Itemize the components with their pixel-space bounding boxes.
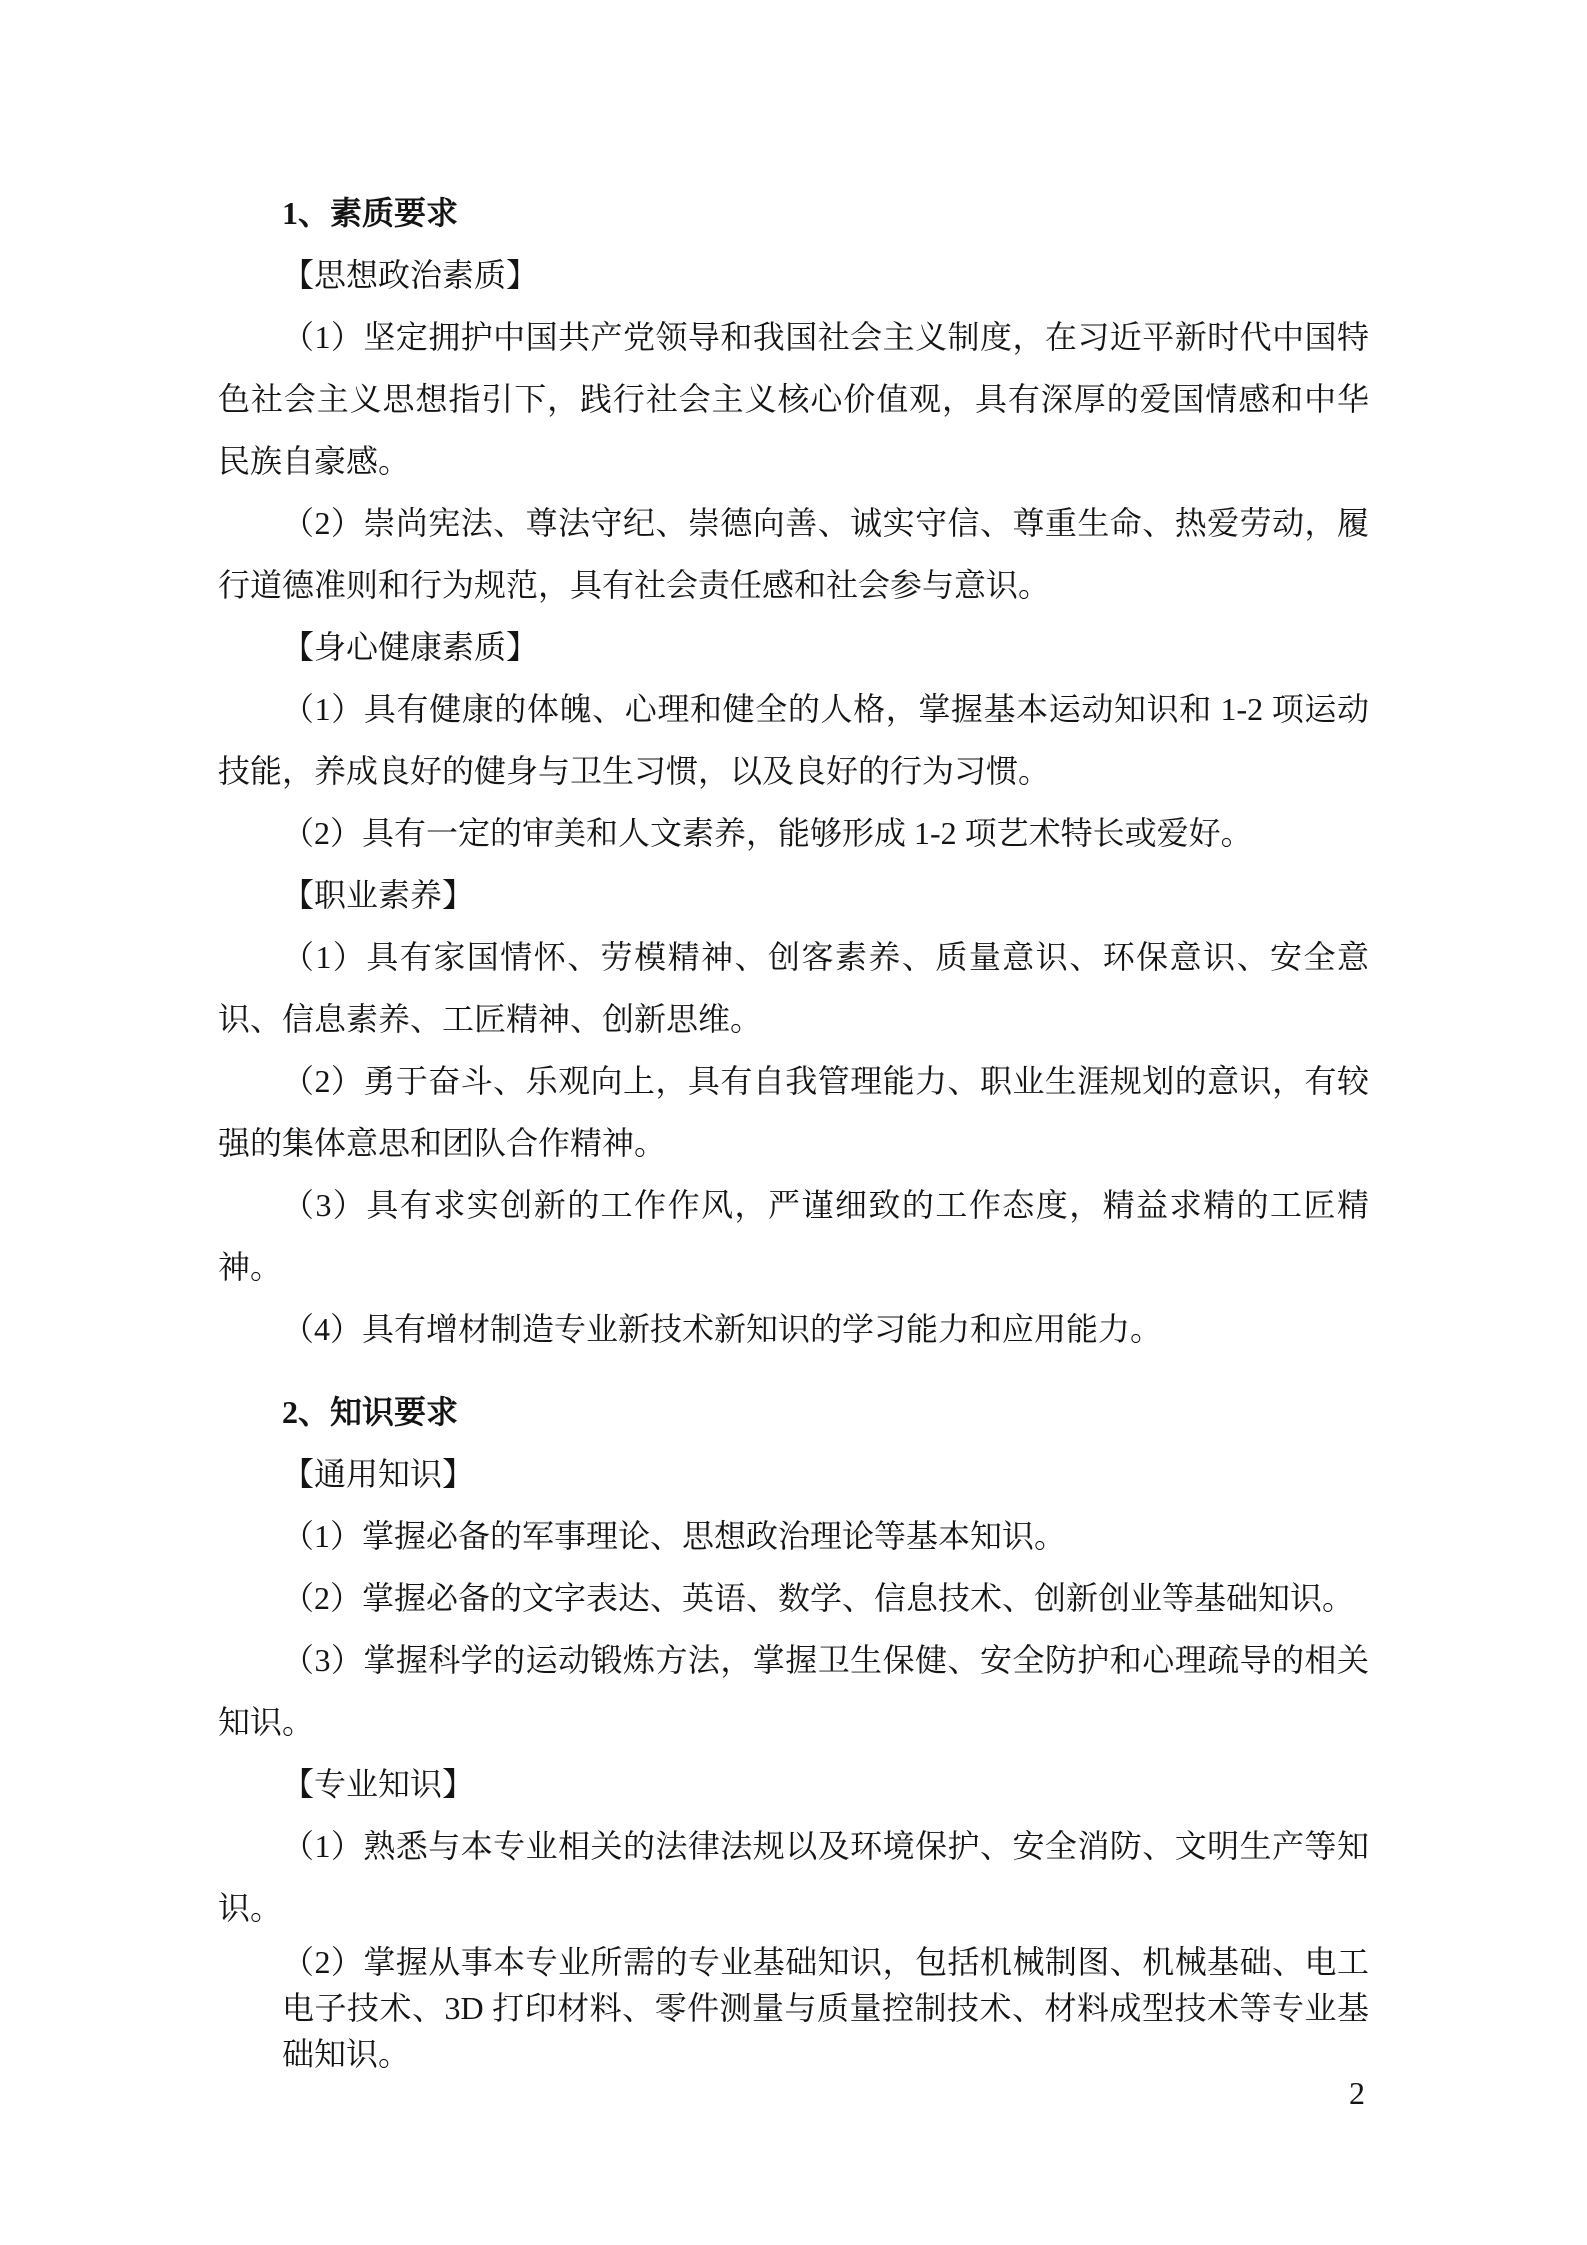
page-number: 2: [1349, 2076, 1365, 2110]
document-body: 1、素质要求【思想政治素质】（1）坚定拥护中国共产党领导和我国社会主义制度，在习…: [218, 182, 1369, 2077]
body-paragraph: （2）崇尚宪法、尊法守纪、崇德向善、诚实守信、尊重生命、热爱劳动，履行道德准则和…: [218, 492, 1369, 616]
bracket-subheading: 【身心健康素质】: [218, 616, 1369, 678]
section-heading: 2、知识要求: [218, 1381, 1369, 1443]
bracket-subheading: 【职业素养】: [218, 864, 1369, 926]
body-paragraph: （2）勇于奋斗、乐观向上，具有自我管理能力、职业生涯规划的意识，有较强的集体意思…: [218, 1050, 1369, 1174]
body-paragraph: （4）具有增材制造专业新技术新知识的学习能力和应用能力。: [218, 1298, 1369, 1360]
body-paragraph: （2）具有一定的审美和人文素养，能够形成 1-2 项艺术特长或爱好。: [218, 802, 1369, 864]
section-heading: 1、素质要求: [218, 182, 1369, 244]
body-paragraph: （1）具有家国情怀、劳模精神、创客素养、质量意识、环保意识、安全意识、信息素养、…: [218, 926, 1369, 1050]
bracket-subheading: 【通用知识】: [218, 1443, 1369, 1505]
body-paragraph: （1）坚定拥护中国共产党领导和我国社会主义制度，在习近平新时代中国特色社会主义思…: [218, 306, 1369, 492]
bracket-subheading: 【专业知识】: [218, 1753, 1369, 1815]
body-paragraph: （1）熟悉与本专业相关的法律法规以及环境保护、安全消防、文明生产等知识。: [218, 1815, 1369, 1939]
body-paragraph: （2）掌握必备的文字表达、英语、数学、信息技术、创新创业等基础知识。: [218, 1567, 1369, 1629]
body-paragraph: （1）掌握必备的军事理论、思想政治理论等基本知识。: [218, 1505, 1369, 1567]
body-paragraph: （3）具有求实创新的工作作风，严谨细致的工作态度，精益求精的工匠精神。: [218, 1174, 1369, 1298]
body-paragraph: （3）掌握科学的运动锻炼方法，掌握卫生保健、安全防护和心理疏导的相关知识。: [218, 1629, 1369, 1753]
body-paragraph: （1）具有健康的体魄、心理和健全的人格，掌握基本运动知识和 1-2 项运动技能，…: [218, 678, 1369, 802]
document-page: 1、素质要求【思想政治素质】（1）坚定拥护中国共产党领导和我国社会主义制度，在习…: [0, 0, 1587, 2245]
bracket-subheading: 【思想政治素质】: [218, 244, 1369, 306]
body-paragraph-hanging: （2）掌握从事本专业所需的专业基础知识，包括机械制图、机械基础、电工电子技术、3…: [218, 1939, 1369, 2077]
